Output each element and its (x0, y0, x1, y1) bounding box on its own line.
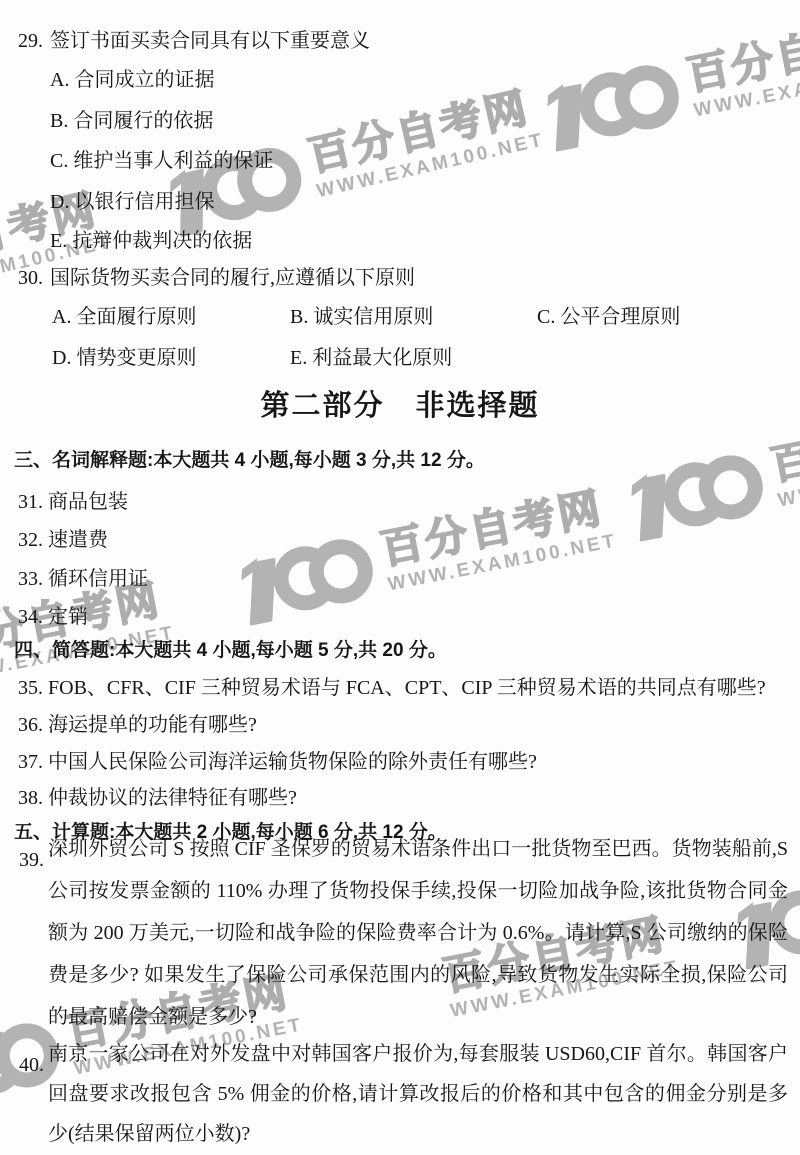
question-30-option-a: A. 全面履行原则 (52, 300, 196, 329)
section4-header: 四、简答题:本大题共 4 小题,每小题 5 分,共 20 分。 (14, 635, 447, 662)
question-30-option-b: B. 诚实信用原则 (290, 300, 433, 329)
question-38: 38. 仲裁协议的法律特征有哪些? (18, 781, 297, 810)
question-29-option-c: C. 维护当事人利益的保证 (50, 144, 273, 173)
question-29-stem: 29.签订书面买卖合同具有以下重要意义 (18, 24, 370, 53)
exam-content: 29.签订书面买卖合同具有以下重要意义 A. 合同成立的证据 B. 合同履行的依… (0, 0, 800, 1155)
question-29-option-a: A. 合同成立的证据 (50, 63, 214, 92)
question-34: 34. 定销 (18, 600, 88, 629)
question-40-text: 南京一家公司在对外发盘中对韩国客户报价为,每套服装 USD60,CIF 首尔。韩… (48, 1034, 788, 1154)
question-30-stem: 30.国际货物买卖合同的履行,应遵循以下原则 (18, 261, 415, 290)
question-29-option-e: E. 抗辩仲裁判决的依据 (50, 224, 252, 253)
question-35: 35. FOB、CFR、CIF 三种贸易术语与 FCA、CPT、CIP 三种贸易… (18, 671, 766, 700)
question-29-text: 签订书面买卖合同具有以下重要意义 (50, 30, 370, 52)
question-29-number: 29. (18, 30, 43, 52)
question-37: 37. 中国人民保险公司海洋运输货物保险的除外责任有哪些? (18, 745, 537, 774)
question-40-number: 40. (19, 1054, 44, 1077)
exam-page: 百分自考网WWW.EXAM100.NET 百分自考网WWW.EXAM100.NE… (0, 0, 800, 1155)
question-36: 36. 海运提单的功能有哪些? (18, 708, 257, 737)
question-39-text: 深圳外贸公司 S 按照 CIF 圣保罗的贸易术语条件出口一批货物至巴西。货物装船… (48, 828, 788, 1038)
question-31: 31. 商品包装 (18, 485, 128, 514)
question-33: 33. 循环信用证 (18, 562, 148, 591)
question-30-number: 30. (18, 267, 43, 289)
question-39-number: 39. (19, 849, 44, 872)
section3-header: 三、名词解释题:本大题共 4 小题,每小题 3 分,共 12 分。 (14, 445, 485, 472)
question-30-text: 国际货物买卖合同的履行,应遵循以下原则 (50, 267, 415, 289)
question-30-option-d: D. 情势变更原则 (52, 341, 196, 370)
question-32: 32. 速遣费 (18, 523, 108, 552)
question-29-option-d: D. 以银行信用担保 (50, 185, 214, 214)
part2-title: 第二部分 非选择题 (0, 383, 800, 424)
question-29-option-b: B. 合同履行的依据 (50, 104, 213, 133)
question-30-option-e: E. 利益最大化原则 (290, 341, 452, 370)
question-30-option-c: C. 公平合理原则 (537, 300, 680, 329)
